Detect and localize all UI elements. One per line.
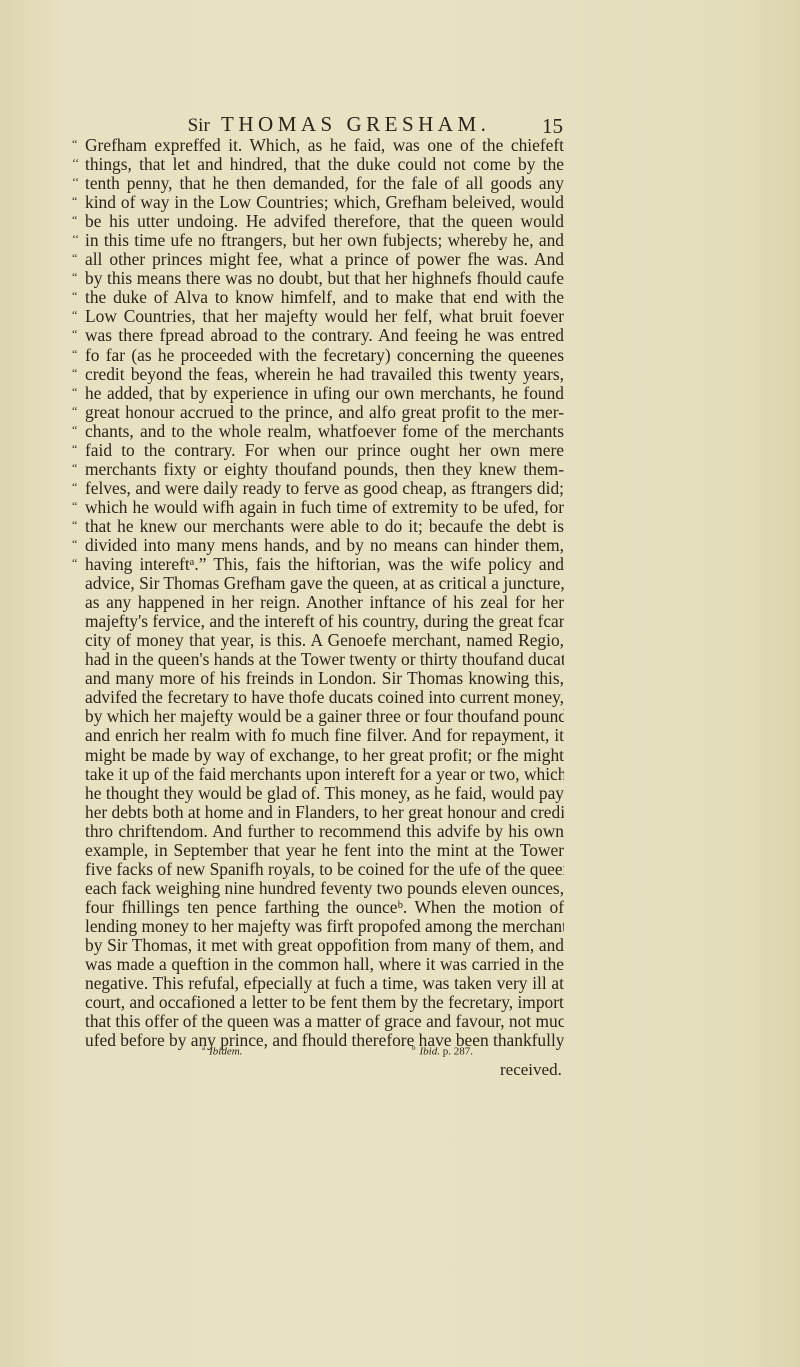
text-line: “Grefham expreffed it. Which, as he faid…: [72, 136, 564, 155]
quotation-mark: “: [72, 250, 85, 269]
line-text: fo far (as he proceeded with the fecreta…: [85, 346, 564, 365]
line-text: five facks of new Spanifh royals, to be …: [85, 860, 564, 879]
text-line: ‘‘in this time ufe no ftrangers, but her…: [72, 231, 564, 250]
quotation-mark: “: [72, 403, 85, 422]
line-text: in this time ufe no ftrangers, but her o…: [85, 231, 564, 250]
line-text: divided into many mens hands, and by no …: [85, 536, 564, 555]
footnote-text: Ibidem.: [209, 1046, 242, 1058]
line-text: things, that let and hindred, that the d…: [85, 155, 564, 174]
line-text: felves, and were daily ready to ferve as…: [85, 479, 564, 498]
quotation-mark: “: [72, 441, 85, 460]
text-line: “the duke of Alva to know himfelf, and t…: [72, 288, 564, 307]
text-line: “by this means there was no doubt, but t…: [72, 269, 564, 288]
footnote-page-ref: p. 287.: [440, 1046, 473, 1058]
running-head: Sir THOMAS GRESHAM. 15: [85, 112, 563, 138]
footnote-mark: a: [202, 1044, 205, 1052]
line-text: and many more of his freinds in London. …: [85, 669, 564, 688]
line-text: each fack weighing nine hundred feventy …: [85, 879, 564, 898]
text-line: thro chriftendom. And further to recomme…: [72, 822, 564, 841]
quotation-mark: “: [72, 536, 85, 555]
footnote-b: bIbid. p. 287.: [412, 1044, 473, 1058]
line-text: as any happened in her reign. Another in…: [85, 593, 564, 612]
quotation-mark: “: [72, 384, 85, 403]
text-line: advice, Sir Thomas Grefham gave the quee…: [72, 574, 564, 593]
line-text: faid to the contrary. For when our princ…: [85, 441, 564, 460]
quotation-mark: [72, 917, 85, 936]
quotation-mark: [72, 860, 85, 879]
line-text: lending money to her majefty was firft p…: [85, 917, 564, 936]
quotation-mark: [72, 574, 85, 593]
quotation-mark: [72, 993, 85, 1012]
text-line: had in the queen's hands at the Tower tw…: [72, 650, 564, 669]
text-line: city of money that year, is this. A Geno…: [72, 631, 564, 650]
line-text: kind of way in the Low Countries; which,…: [85, 193, 564, 212]
text-line: “chants, and to the whole realm, whatfoe…: [72, 422, 564, 441]
line-text: was there fpread abroad to the contrary.…: [85, 326, 564, 345]
quotation-mark: “: [72, 288, 85, 307]
quotation-mark: “: [72, 193, 85, 212]
quotation-mark: ‘‘: [72, 155, 85, 174]
text-line: advifed the fecretary to have thofe duca…: [72, 688, 564, 707]
line-text: Grefham expreffed it. Which, as he faid,…: [85, 136, 564, 155]
quotation-mark: [72, 879, 85, 898]
text-line: “merchants fixty or eighty thoufand poun…: [72, 460, 564, 479]
quotation-mark: “: [72, 346, 85, 365]
footnotes: aIbidem. bIbid. p. 287.: [72, 1044, 564, 1062]
quotation-mark: “: [72, 517, 85, 536]
quotation-mark: [72, 593, 85, 612]
text-line: “faid to the contrary. For when our prin…: [72, 441, 564, 460]
text-line: lending money to her majefty was firft p…: [72, 917, 564, 936]
line-text: chants, and to the whole realm, whatfoev…: [85, 422, 564, 441]
running-head-prefix: Sir: [188, 115, 210, 136]
text-line: her debts both at home and in Flanders, …: [72, 803, 564, 822]
line-text: Low Countries, that her majefty would he…: [85, 307, 564, 326]
quotation-mark: ‘‘: [72, 231, 85, 250]
text-line: “Low Countries, that her majefty would h…: [72, 307, 564, 326]
line-text: by which her majefty would be a gainer t…: [85, 707, 564, 726]
line-text: all other princes might fee, what a prin…: [85, 250, 564, 269]
text-line: “was there fpread abroad to the contrary…: [72, 326, 564, 345]
line-text: tenth penny, that he then demanded, for …: [85, 174, 564, 193]
line-text: take it up of the faid merchants upon in…: [85, 765, 564, 784]
quotation-mark: [72, 726, 85, 745]
line-text: by Sir Thomas, it met with great oppofit…: [85, 936, 564, 955]
quotation-mark: “: [72, 269, 85, 288]
quotation-mark: “: [72, 326, 85, 345]
text-line: five facks of new Spanifh royals, to be …: [72, 860, 564, 879]
line-text: that he knew our merchants were able to …: [85, 517, 564, 536]
line-text: he added, that by experience in ufing ou…: [85, 384, 564, 403]
quotation-mark: [72, 955, 85, 974]
quotation-mark: “: [72, 460, 85, 479]
text-line: negative. This refufal, efpecially at fu…: [72, 974, 564, 993]
quotation-mark: “: [72, 307, 85, 326]
line-text: which he would wifh again in fuch time o…: [85, 498, 564, 517]
line-text: having intereftᵃ.” This, fais the hiftor…: [85, 555, 564, 574]
text-line: example, in September that year he fent …: [72, 841, 564, 860]
quotation-mark: [72, 898, 85, 917]
line-text: he thought they would be glad of. This m…: [85, 784, 564, 803]
text-line: “credit beyond the feas, wherein he had …: [72, 365, 564, 384]
line-text: negative. This refufal, efpecially at fu…: [85, 974, 564, 993]
book-page: Sir THOMAS GRESHAM. 15 “Grefham expreffe…: [0, 0, 800, 1367]
text-line: “be his utter undoing. He advifed theref…: [72, 212, 564, 231]
text-line: “divided into many mens hands, and by no…: [72, 536, 564, 555]
quotation-mark: [72, 765, 85, 784]
quotation-mark: [72, 803, 85, 822]
quotation-mark: [72, 707, 85, 726]
text-line: take it up of the faid merchants upon in…: [72, 765, 564, 784]
footnote-mark: b: [412, 1044, 416, 1052]
catchword: received.: [500, 1060, 562, 1080]
text-line: “having intereftᵃ.” This, fais the hifto…: [72, 555, 564, 574]
quotation-mark: [72, 936, 85, 955]
quotation-mark: [72, 688, 85, 707]
line-text: that this offer of the queen was a matte…: [85, 1012, 564, 1031]
line-text: advice, Sir Thomas Grefham gave the quee…: [85, 574, 564, 593]
quotation-mark: [72, 650, 85, 669]
text-line: as any happened in her reign. Another in…: [72, 593, 564, 612]
footnote-a: aIbidem.: [202, 1044, 242, 1058]
line-text: be his utter undoing. He advifed therefo…: [85, 212, 564, 231]
line-text: and enrich her realm with fo much fine f…: [85, 726, 564, 745]
text-line: he thought they would be glad of. This m…: [72, 784, 564, 803]
text-line: ‘‘things, that let and hindred, that the…: [72, 155, 564, 174]
quotation-mark: [72, 669, 85, 688]
line-text: great honour accrued to the prince, and …: [85, 403, 564, 422]
quotation-mark: “: [72, 136, 85, 155]
quotation-mark: “: [72, 555, 85, 574]
line-text: majefty's fervice, and the intereft of h…: [85, 612, 564, 631]
quotation-mark: [72, 784, 85, 803]
running-head-title: Sir THOMAS GRESHAM.: [85, 112, 563, 137]
quotation-mark: [72, 841, 85, 860]
quotation-mark: [72, 631, 85, 650]
text-line: that this offer of the queen was a matte…: [72, 1012, 564, 1031]
quotation-mark: [72, 822, 85, 841]
quotation-mark: [72, 746, 85, 765]
line-text: was made a queftion in the common hall, …: [85, 955, 564, 974]
line-text: credit beyond the feas, wherein he had t…: [85, 365, 564, 384]
line-text: merchants fixty or eighty thoufand pound…: [85, 460, 564, 479]
text-line: court, and occafioned a letter to be fen…: [72, 993, 564, 1012]
quotation-mark: [72, 1012, 85, 1031]
text-line: “great honour accrued to the prince, and…: [72, 403, 564, 422]
quotation-mark: “: [72, 498, 85, 517]
line-text: court, and occafioned a letter to be fen…: [85, 993, 564, 1012]
quotation-mark: ‘‘: [72, 174, 85, 193]
quotation-mark: “: [72, 365, 85, 384]
line-text: by this means there was no doubt, but th…: [85, 269, 564, 288]
line-text: might be made by way of exchange, to her…: [85, 746, 564, 765]
line-text: her debts both at home and in Flanders, …: [85, 803, 564, 822]
text-line: ‘‘tenth penny, that he then demanded, fo…: [72, 174, 564, 193]
text-line: by Sir Thomas, it met with great oppofit…: [72, 936, 564, 955]
text-line: and many more of his freinds in London. …: [72, 669, 564, 688]
text-line: “all other princes might fee, what a pri…: [72, 250, 564, 269]
text-line: “that he knew our merchants were able to…: [72, 517, 564, 536]
quotation-mark: “: [72, 212, 85, 231]
text-line: “kind of way in the Low Countries; which…: [72, 193, 564, 212]
text-line: four fhillings ten pence farthing the ou…: [72, 898, 564, 917]
line-text: the duke of Alva to know himfelf, and to…: [85, 288, 564, 307]
line-text: advifed the fecretary to have thofe duca…: [85, 688, 564, 707]
text-line: each fack weighing nine hundred feventy …: [72, 879, 564, 898]
text-line: “he added, that by experience in ufing o…: [72, 384, 564, 403]
quotation-mark: “: [72, 479, 85, 498]
line-text: thro chriftendom. And further to recomme…: [85, 822, 564, 841]
text-line: and enrich her realm with fo much fine f…: [72, 726, 564, 745]
text-line: “fo far (as he proceeded with the fecret…: [72, 346, 564, 365]
body-text: “Grefham expreffed it. Which, as he faid…: [72, 136, 564, 1050]
quotation-mark: [72, 612, 85, 631]
text-line: “which he would wifh again in fuch time …: [72, 498, 564, 517]
line-text: example, in September that year he fent …: [85, 841, 564, 860]
quotation-mark: “: [72, 422, 85, 441]
text-line: was made a queftion in the common hall, …: [72, 955, 564, 974]
text-line: “felves, and were daily ready to ferve a…: [72, 479, 564, 498]
line-text: four fhillings ten pence farthing the ou…: [85, 898, 564, 917]
line-text: city of money that year, is this. A Geno…: [85, 631, 564, 650]
text-line: by which her majefty would be a gainer t…: [72, 707, 564, 726]
text-line: majefty's fervice, and the intereft of h…: [72, 612, 564, 631]
line-text: had in the queen's hands at the Tower tw…: [85, 650, 564, 669]
text-line: might be made by way of exchange, to her…: [72, 746, 564, 765]
running-head-name: THOMAS GRESHAM.: [221, 112, 490, 136]
footnote-text: Ibid.: [420, 1046, 440, 1058]
quotation-mark: [72, 974, 85, 993]
